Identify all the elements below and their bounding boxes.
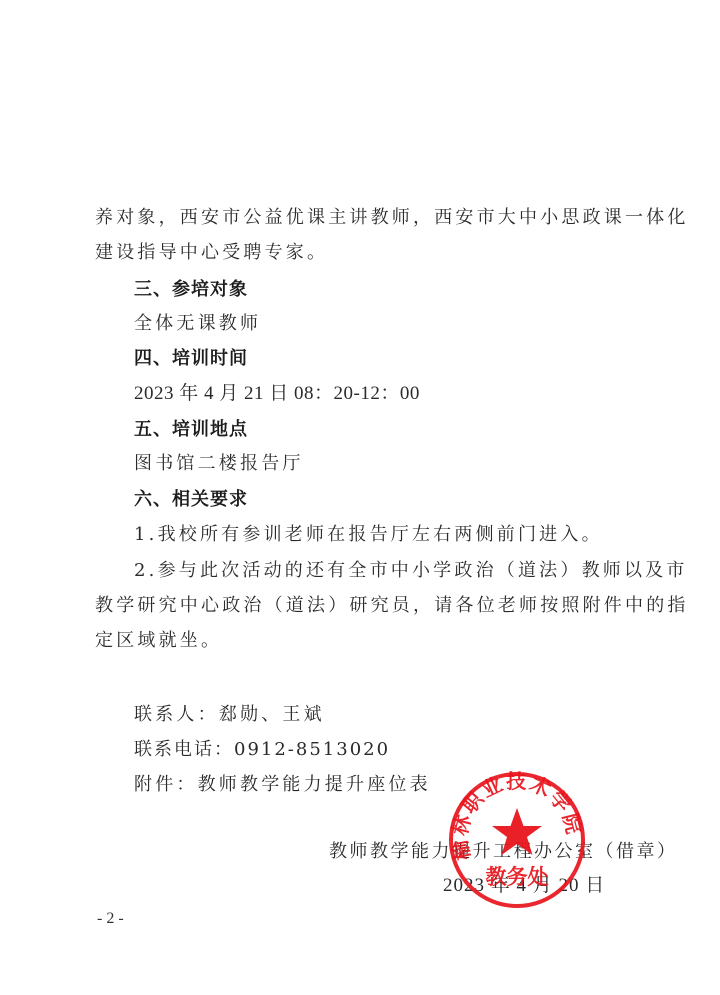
seal-icon: 榆林职业技术学院 教务处: [447, 770, 587, 910]
attachment-line: 附件：教师教学能力提升座位表: [134, 773, 431, 797]
section-body-location: 图书馆二楼报告厅: [134, 452, 304, 476]
section-heading-participants: 三、参培对象: [134, 278, 248, 302]
requirement-item-2-line-3: 定区域就坐。: [95, 629, 222, 653]
svg-text:教务处: 教务处: [486, 864, 549, 889]
requirement-item-2-line-1: 2.参与此次活动的还有全市中小学政治（道法）教师以及市: [134, 559, 688, 583]
official-seal: 榆林职业技术学院 教务处: [447, 770, 587, 910]
section-heading-time: 四、培训时间: [134, 347, 248, 371]
requirement-item-2-line-2: 教学研究中心政治（道法）研究员，请各位老师按照附件中的指: [95, 594, 689, 618]
section-heading-requirements: 六、相关要求: [134, 488, 248, 512]
contact-person: 联系人：郄勋、王斌: [134, 703, 325, 727]
section-body-participants: 全体无课教师: [134, 312, 261, 336]
contact-phone: 联系电话：0912-8513020: [134, 738, 390, 762]
section-body-time: 2023 年 4 月 21 日 08：20-12：00: [134, 382, 420, 406]
page-number: - 2 -: [97, 910, 124, 928]
requirement-item-1: 1.我校所有参训老师在报告厅左右两侧前门进入。: [134, 523, 603, 547]
intro-paragraph-line-2: 建设指导中心受聘专家。: [95, 241, 328, 265]
intro-paragraph-line-1: 养对象，西安市公益优课主讲教师，西安市大中小思政课一体化: [95, 206, 689, 230]
section-heading-location: 五、培训地点: [134, 418, 248, 442]
